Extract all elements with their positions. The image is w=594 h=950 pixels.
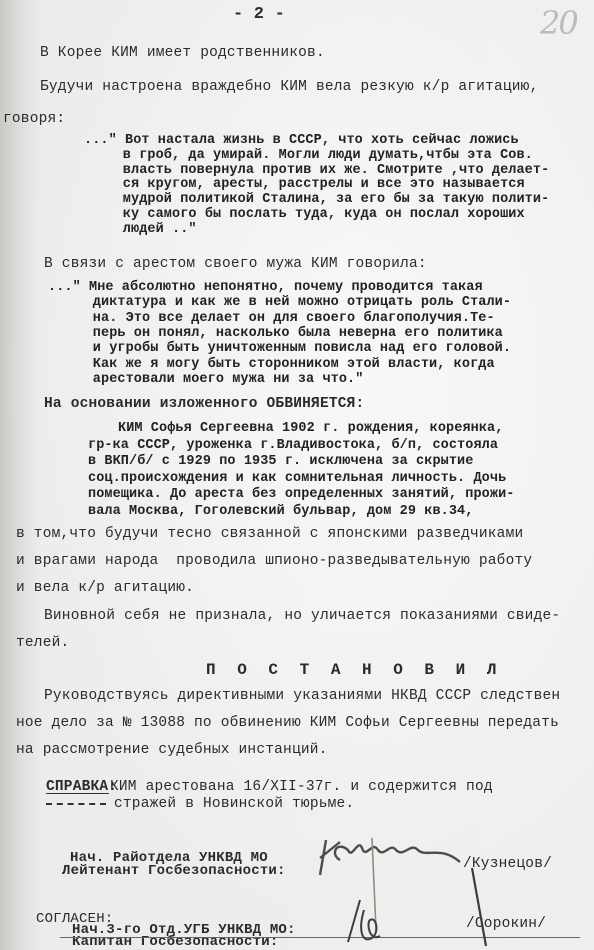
quote-2-line: диктатура и как же в ней можно отрицать … [60,296,511,310]
accused-detail-line: КИМ Софья Сергеевна 1902 г. рождения, ко… [118,422,503,436]
resolution-line: ное дело за № 13088 по обвинению КИМ Соф… [16,716,559,731]
document-page: - 2 - 20 В Корее КИМ имеет родственников… [0,0,594,950]
quote-2-line: Как же я могу быть сторонником этой влас… [60,358,495,372]
quote-1-line: мудрой политикой Сталина, за его бы за т… [90,193,549,207]
quote-2-line: и угробы быть уничтоженным повисла над е… [60,342,511,356]
signer-1-title-2: Лейтенант Госбезопасности: [62,864,286,878]
charge-line: и вела к/р агитацию. [16,581,194,596]
quote-2-line: на. Это все делает он для своего благопо… [60,312,495,326]
signer-1-name: /Кузнецов/ [463,857,552,872]
resolution-heading: П О С Т А Н О В И Л [206,662,502,678]
paragraph-agitation-cont: говоря: [3,112,65,127]
accused-detail-line: в ВКП/б/ с 1929 по 1935 г. исключена за … [88,455,473,469]
guilt-line: Виновной себя не признала, но уличается … [44,609,560,624]
quote-2-line: ..." Мне абсолютно непонятно, почему про… [48,281,483,295]
accusation-intro: На основании изложенного ОБВИНЯЕТСЯ: [44,397,364,412]
quote-2-line: перь он понял, насколько была неверна ег… [60,327,503,341]
accused-detail-line: гр-ка СССР, уроженка г.Владивостока, б/п… [88,439,498,453]
charge-line: в том,что будучи тесно связанной с японс… [16,527,523,542]
page-number: - 2 - [233,6,285,23]
note-line-1: КИМ арестована 16/XII-37г. и содержится … [110,780,493,795]
quote-1-line: ся кругом, аресты, расстрелы и все это н… [90,178,525,192]
husband-intro: В связи с арестом своего мужа КИМ говори… [44,257,427,272]
charge-line: и врагами народа проводила шпионо-развед… [16,554,532,569]
paragraph-korea: В Корее КИМ имеет родственников. [40,46,325,61]
resolution-line: Руководствуясь директивными указаниями Н… [44,689,560,704]
resolution-line: на рассмотрение судебных инстанций. [16,743,328,758]
guilt-line: телей. [16,636,69,651]
quote-1-line: ку самого бы послать туда, куда он посла… [90,208,525,222]
quote-1-line: в гроб, да умирай. Могли люди думать,чтб… [90,149,533,163]
signature-rule [60,937,580,938]
accused-detail-line: вала Москва, Гоголевский бульвар, дом 29… [88,505,473,519]
note-line-2: стражей в Новинской тюрьме. [114,797,354,812]
note-dashed-underline [46,803,106,805]
note-label-underline [46,793,109,794]
accused-detail-line: соц.происхождения и как сомнительная лич… [88,472,506,486]
folio-number: 20 [540,4,577,42]
signer-2-name: /Сорокин/ [466,917,546,932]
quote-1-line: ..." Вот настала жизнь в СССР, что хоть … [84,134,519,148]
quote-1-line: власть повернула против их же. Смотрите … [90,164,549,178]
quote-1-line: людей .." [90,223,197,237]
accused-detail-line: помещика. До ареста без определенных зан… [88,488,514,502]
quote-2-line: арестовали моего мужа ни за что." [60,373,363,387]
paragraph-agitation: Будучи настроена враждебно КИМ вела резк… [40,80,538,95]
